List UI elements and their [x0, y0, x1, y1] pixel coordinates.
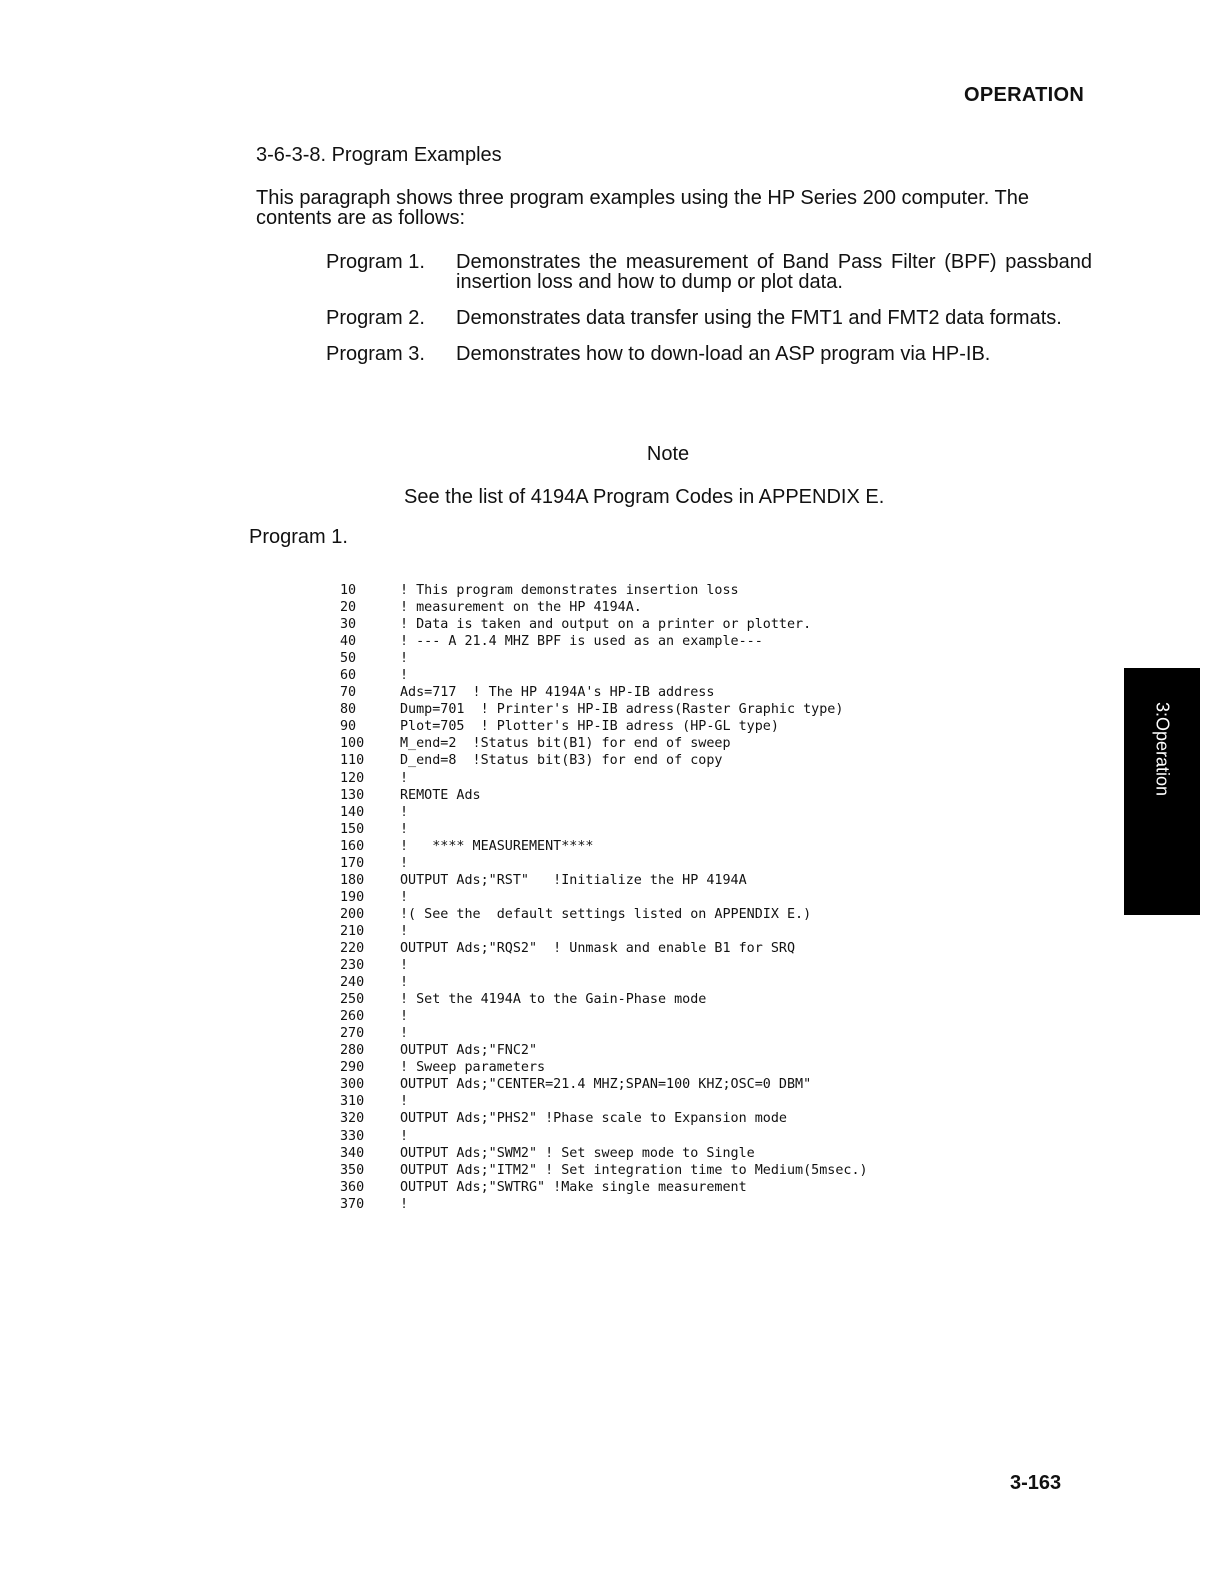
code-line: 250! Set the 4194A to the Gain-Phase mod…	[340, 991, 868, 1008]
program-label: Program 2.	[326, 308, 456, 328]
chapter-tab-label: 3:Operation	[1152, 702, 1173, 796]
program-list-item: Program 1. Demonstrates the measurement …	[326, 252, 1092, 292]
line-code: !	[400, 804, 408, 821]
code-line: 70Ads=717 ! The HP 4194A's HP-IB address	[340, 684, 868, 701]
line-code: ! This program demonstrates insertion lo…	[400, 582, 739, 599]
line-number: 330	[340, 1128, 400, 1145]
line-code: OUTPUT Ads;"ITM2" ! Set integration time…	[400, 1162, 868, 1179]
line-code: !	[400, 1196, 408, 1213]
code-line: 240!	[340, 974, 868, 991]
line-code: !	[400, 889, 408, 906]
line-number: 200	[340, 906, 400, 923]
code-line: 170!	[340, 855, 868, 872]
line-code: !	[400, 667, 408, 684]
line-code: D_end=8 !Status bit(B3) for end of copy	[400, 752, 722, 769]
line-code: OUTPUT Ads;"SWTRG" !Make single measurem…	[400, 1179, 747, 1196]
line-code: ! Set the 4194A to the Gain-Phase mode	[400, 991, 706, 1008]
line-number: 320	[340, 1110, 400, 1127]
line-number: 40	[340, 633, 400, 650]
line-number: 280	[340, 1042, 400, 1059]
line-code: ! Sweep parameters	[400, 1059, 545, 1076]
line-code: !	[400, 855, 408, 872]
code-line: 50!	[340, 650, 868, 667]
line-number: 250	[340, 991, 400, 1008]
line-code: ! **** MEASUREMENT****	[400, 838, 593, 855]
code-line: 120!	[340, 770, 868, 787]
program-label: Program 1.	[326, 252, 456, 292]
line-number: 30	[340, 616, 400, 633]
program-list-item: Program 2. Demonstrates data transfer us…	[326, 308, 1092, 328]
program-list: Program 1. Demonstrates the measurement …	[326, 252, 1092, 380]
line-number: 240	[340, 974, 400, 991]
line-code: REMOTE Ads	[400, 787, 481, 804]
line-code: !	[400, 1008, 408, 1025]
line-code: !	[400, 1025, 408, 1042]
line-number: 310	[340, 1093, 400, 1110]
note-text: See the list of 4194A Program Codes in A…	[404, 486, 884, 509]
code-line: 90Plot=705 ! Plotter's HP-IB adress (HP-…	[340, 718, 868, 735]
line-code: !	[400, 1128, 408, 1145]
program-description: Demonstrates the measurement of Band Pas…	[456, 252, 1092, 292]
code-line: 360OUTPUT Ads;"SWTRG" !Make single measu…	[340, 1179, 868, 1196]
line-number: 350	[340, 1162, 400, 1179]
code-line: 260!	[340, 1008, 868, 1025]
line-code: Plot=705 ! Plotter's HP-IB adress (HP-GL…	[400, 718, 779, 735]
line-code: OUTPUT Ads;"RQS2" ! Unmask and enable B1…	[400, 940, 795, 957]
code-line: 290! Sweep parameters	[340, 1059, 868, 1076]
program-description: Demonstrates data transfer using the FMT…	[456, 308, 1092, 328]
line-code: OUTPUT Ads;"FNC2"	[400, 1042, 537, 1059]
line-code: ! --- A 21.4 MHZ BPF is used as an examp…	[400, 633, 763, 650]
code-line: 320OUTPUT Ads;"PHS2" !Phase scale to Exp…	[340, 1110, 868, 1127]
line-code: !	[400, 1093, 408, 1110]
line-number: 140	[340, 804, 400, 821]
line-code: !	[400, 770, 408, 787]
code-line: 200!( See the default settings listed on…	[340, 906, 868, 923]
line-number: 260	[340, 1008, 400, 1025]
line-code: !	[400, 974, 408, 991]
line-number: 270	[340, 1025, 400, 1042]
code-line: 270!	[340, 1025, 868, 1042]
code-line: 150!	[340, 821, 868, 838]
line-number: 150	[340, 821, 400, 838]
line-code: !	[400, 650, 408, 667]
line-code: M_end=2 !Status bit(B1) for end of sweep	[400, 735, 731, 752]
line-code: !	[400, 957, 408, 974]
line-code: !( See the default settings listed on AP…	[400, 906, 811, 923]
chapter-tab: 3:Operation	[1124, 668, 1200, 915]
line-number: 100	[340, 735, 400, 752]
line-number: 60	[340, 667, 400, 684]
line-number: 370	[340, 1196, 400, 1213]
code-line: 190!	[340, 889, 868, 906]
line-code: Ads=717 ! The HP 4194A's HP-IB address	[400, 684, 714, 701]
section-title: 3-6-3-8. Program Examples	[256, 144, 502, 167]
note-title: Note	[0, 443, 1224, 466]
line-number: 120	[340, 770, 400, 787]
code-line: 210!	[340, 923, 868, 940]
line-number: 20	[340, 599, 400, 616]
running-header: OPERATION	[964, 84, 1084, 107]
code-line: 130REMOTE Ads	[340, 787, 868, 804]
line-number: 110	[340, 752, 400, 769]
code-line: 60!	[340, 667, 868, 684]
line-number: 300	[340, 1076, 400, 1093]
code-line: 340OUTPUT Ads;"SWM2" ! Set sweep mode to…	[340, 1145, 868, 1162]
line-code: ! measurement on the HP 4194A.	[400, 599, 642, 616]
code-line: 20! measurement on the HP 4194A.	[340, 599, 868, 616]
line-number: 10	[340, 582, 400, 599]
code-line: 180OUTPUT Ads;"RST" !Initialize the HP 4…	[340, 872, 868, 889]
code-line: 110D_end=8 !Status bit(B3) for end of co…	[340, 752, 868, 769]
code-line: 160! **** MEASUREMENT****	[340, 838, 868, 855]
page-number: 3-163	[1010, 1472, 1061, 1495]
line-code: OUTPUT Ads;"PHS2" !Phase scale to Expans…	[400, 1110, 787, 1127]
line-number: 220	[340, 940, 400, 957]
code-line: 30! Data is taken and output on a printe…	[340, 616, 868, 633]
line-number: 180	[340, 872, 400, 889]
code-line: 230!	[340, 957, 868, 974]
code-line: 10! This program demonstrates insertion …	[340, 582, 868, 599]
line-number: 290	[340, 1059, 400, 1076]
line-code: Dump=701 ! Printer's HP-IB adress(Raster…	[400, 701, 843, 718]
line-number: 90	[340, 718, 400, 735]
line-number: 80	[340, 701, 400, 718]
line-number: 50	[340, 650, 400, 667]
line-number: 130	[340, 787, 400, 804]
line-number: 190	[340, 889, 400, 906]
line-number: 70	[340, 684, 400, 701]
code-line: 310!	[340, 1093, 868, 1110]
code-line: 280OUTPUT Ads;"FNC2"	[340, 1042, 868, 1059]
line-code: ! Data is taken and output on a printer …	[400, 616, 811, 633]
program-label: Program 3.	[326, 344, 456, 364]
line-number: 210	[340, 923, 400, 940]
line-code: OUTPUT Ads;"RST" !Initialize the HP 4194…	[400, 872, 747, 889]
program1-heading: Program 1.	[249, 526, 348, 549]
line-code: !	[400, 821, 408, 838]
code-line: 140!	[340, 804, 868, 821]
code-line: 80Dump=701 ! Printer's HP-IB adress(Rast…	[340, 701, 868, 718]
intro-paragraph: This paragraph shows three program examp…	[256, 188, 1092, 228]
line-number: 340	[340, 1145, 400, 1162]
code-line: 100M_end=2 !Status bit(B1) for end of sw…	[340, 735, 868, 752]
program-description: Demonstrates how to down-load an ASP pro…	[456, 344, 1092, 364]
code-line: 300OUTPUT Ads;"CENTER=21.4 MHZ;SPAN=100 …	[340, 1076, 868, 1093]
code-line: 330!	[340, 1128, 868, 1145]
line-code: !	[400, 923, 408, 940]
code-line: 40! --- A 21.4 MHZ BPF is used as an exa…	[340, 633, 868, 650]
line-code: OUTPUT Ads;"SWM2" ! Set sweep mode to Si…	[400, 1145, 755, 1162]
line-number: 170	[340, 855, 400, 872]
line-number: 160	[340, 838, 400, 855]
code-listing: 10! This program demonstrates insertion …	[340, 582, 868, 1213]
line-code: OUTPUT Ads;"CENTER=21.4 MHZ;SPAN=100 KHZ…	[400, 1076, 811, 1093]
code-line: 350OUTPUT Ads;"ITM2" ! Set integration t…	[340, 1162, 868, 1179]
line-number: 360	[340, 1179, 400, 1196]
line-number: 230	[340, 957, 400, 974]
code-line: 370!	[340, 1196, 868, 1213]
program-list-item: Program 3. Demonstrates how to down-load…	[326, 344, 1092, 364]
code-line: 220OUTPUT Ads;"RQS2" ! Unmask and enable…	[340, 940, 868, 957]
